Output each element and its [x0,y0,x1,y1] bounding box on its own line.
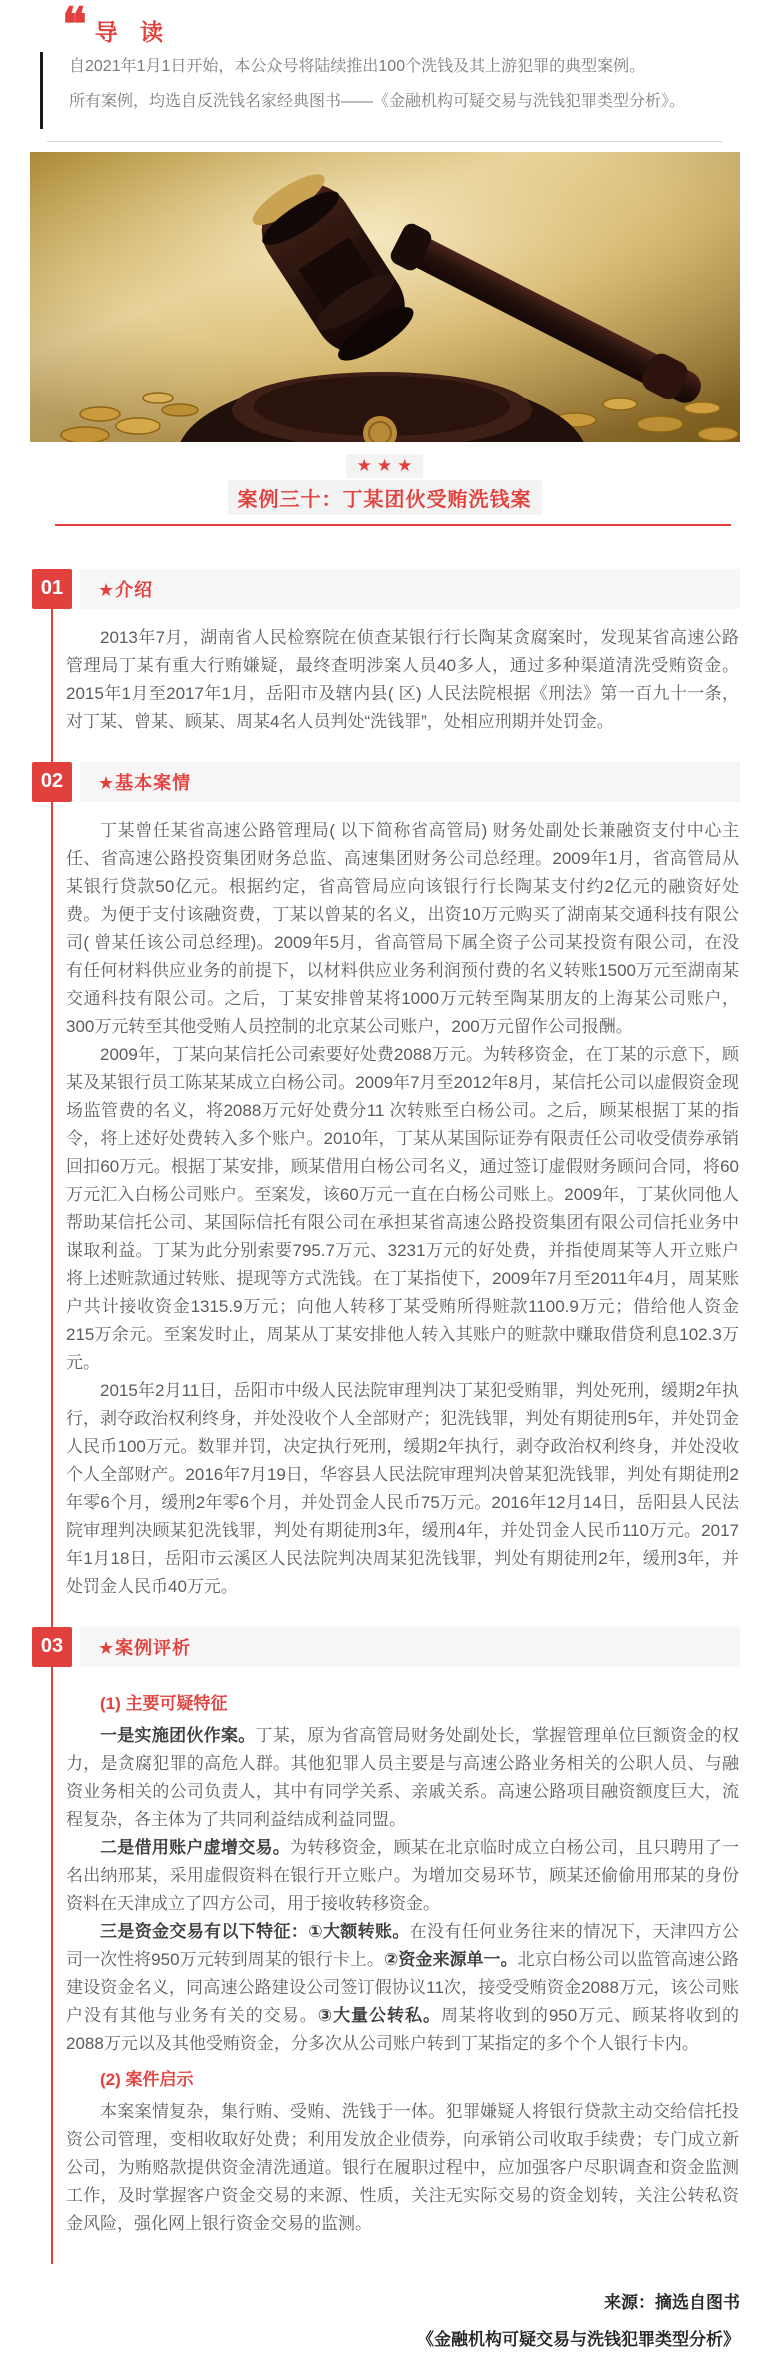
section-number-badge: 02 [32,762,72,802]
section-header: 02 ★基本案情 [0,762,740,802]
article-body: 01 ★介绍 2013年7月，湖南省人民检察院在侦查某银行行长陶某贪腐案时，发现… [0,569,769,2264]
text-run: 丁某曾任某省高速公路管理局( 以下简称省高管局) 财务处副处长兼融资支付中心主任… [66,821,739,1036]
case-title-row: 案例三十：丁某团伙受贿洗钱案 [0,480,769,515]
stars-decoration: ★★★ [346,454,424,478]
sub-heading: (2) 案件启示 [66,2066,739,2094]
section-heading: ★介绍 [80,569,740,609]
section-heading: ★基本案情 [80,762,740,802]
paragraph: 本案案情复杂，集行贿、受贿、洗钱于一体。犯罪嫌疑人将银行贷款主动交给信托投资公司… [66,2098,739,2238]
intro-line: 所有案例，均选自反洗钱名家经典图书——《金融机构可疑交易与洗钱犯罪类型分析》。 [69,91,709,113]
red-rule [55,524,731,526]
section-case-facts: 02 ★基本案情 丁某曾任某省高速公路管理局( 以下简称省高管局) 财务处副处长… [0,762,769,1605]
bold-text-run: 二是借用账户虚增交易。 [100,1838,290,1857]
quote-icon: ❝ [62,4,87,45]
red-vertical-line [51,609,53,2264]
intro-line: 自2021年1月1日开始，本公众号将陆续推出100个洗钱及其上游犯罪的典型案例。 [69,56,709,78]
bold-text-run: 三是资金交易有以下特征：①大额转账。 [100,1922,410,1941]
bold-text-run: ③大量公转私。 [318,2006,441,2025]
text-run: 本案案情复杂，集行贿、受贿、洗钱于一体。犯罪嫌疑人将银行贷款主动交给信托投资公司… [66,2102,739,2233]
paragraph: 一是实施团伙作案。丁某，原为省高管局财务处副处长，掌握管理单位巨额资金的权力，是… [66,1722,739,1834]
text-run: 2015年2月11日，岳阳市中级人民法院审理判决丁某犯受贿罪，判处死刑，缓期2年… [66,1381,739,1596]
source-footer: 来源：摘选自图书 《金融机构可疑交易与洗钱犯罪类型分析》 [0,2290,740,2352]
paragraph: 三是资金交易有以下特征：①大额转账。在没有任何业务往来的情况下，天津四方公司一次… [66,1918,739,2058]
bold-text-run: 一是实施团伙作案。 [100,1726,256,1745]
section-header: 03 ★案例评析 [0,1627,740,1667]
stars-row: ★★★ [0,454,769,478]
text-run: 2009年，丁某向某信托公司索要好处费2088万元。为转移资金，在丁某的示意下，… [66,1045,739,1372]
paragraph: 二是借用账户虚增交易。为转移资金，顾某在北京临时成立白杨公司，且只聘用了一名出纳… [66,1834,739,1918]
lead-title: 导 读 [95,14,171,47]
bold-text-run: ②资金来源单一。 [384,1950,518,1969]
hero-image [30,152,740,442]
section-heading: ★案例评析 [80,1627,740,1667]
divider [47,141,722,142]
section-content: 丁某曾任某省高速公路管理局( 以下简称省高管局) 财务处副处长兼融资支付中心主任… [0,802,769,1605]
paragraph: 2013年7月，湖南省人民检察院在侦查某银行行长陶某贪腐案时，发现某省高速公路管… [66,624,739,736]
paragraph: 2015年2月11日，岳阳市中级人民法院审理判决丁某犯受贿罪，判处死刑，缓期2年… [66,1377,739,1601]
section-content: 2013年7月，湖南省人民检察院在侦查某银行行长陶某贪腐案时，发现某省高速公路管… [0,609,769,740]
case-title: 案例三十：丁某团伙受贿洗钱案 [228,480,542,515]
section-number-badge: 01 [32,569,72,609]
article-page: ❝ 导 读 自2021年1月1日开始，本公众号将陆续推出100个洗钱及其上游犯罪… [0,0,769,2364]
text-run: 2013年7月，湖南省人民检察院在侦查某银行行长陶某贪腐案时，发现某省高速公路管… [66,628,739,731]
section-header: 01 ★介绍 [0,569,740,609]
lead-header: ❝ 导 读 [0,0,769,48]
section-intro: 01 ★介绍 2013年7月，湖南省人民检察院在侦查某银行行长陶某贪腐案时，发现… [0,569,769,740]
gavel-illustration [30,152,740,442]
section-content: (1) 主要可疑特征一是实施团伙作案。丁某，原为省高管局财务处副处长，掌握管理单… [0,1667,769,2242]
source-line: 来源：摘选自图书 [0,2290,740,2315]
section-case-analysis: 03 ★案例评析 (1) 主要可疑特征一是实施团伙作案。丁某，原为省高管局财务处… [0,1627,769,2242]
lead-intro: 自2021年1月1日开始，本公众号将陆续推出100个洗钱及其上游犯罪的典型案例。… [40,52,729,129]
paragraph: 丁某曾任某省高速公路管理局( 以下简称省高管局) 财务处副处长兼融资支付中心主任… [66,817,739,1041]
section-number-badge: 03 [32,1627,72,1667]
source-book-title: 《金融机构可疑交易与洗钱犯罪类型分析》 [0,2327,740,2352]
sub-heading: (1) 主要可疑特征 [66,1690,739,1718]
paragraph: 2009年，丁某向某信托公司索要好处费2088万元。为转移资金，在丁某的示意下，… [66,1041,739,1377]
